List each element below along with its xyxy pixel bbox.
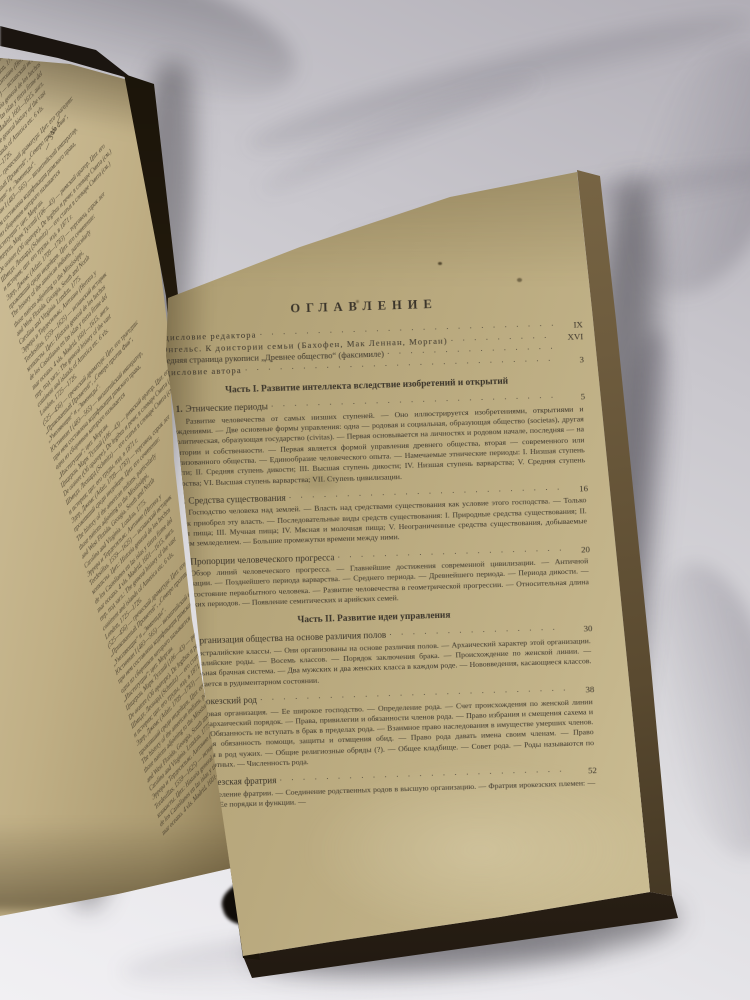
chapter-page-number: 20 <box>564 544 590 556</box>
paper-speck <box>438 262 442 265</box>
toc-title: ОГЛАВЛЕНИЕ <box>146 292 582 321</box>
paper-speck <box>517 278 522 282</box>
table-of-contents: ОГЛАВЛЕНИЕ Предисловие редактора· · · · … <box>146 292 598 812</box>
chapter-page-number: 5 <box>559 392 585 404</box>
entry-page-number: 3 <box>558 354 584 365</box>
page-shadow <box>150 150 620 280</box>
entry-page-number <box>558 350 584 351</box>
chapter-summary: Родовая организация. — Ее широкое господ… <box>171 697 595 772</box>
chapter-page-number: 52 <box>571 765 597 777</box>
chapter-page-number: 30 <box>566 623 592 635</box>
entry-page-number: IX <box>557 319 583 330</box>
toc-sections: Часть I. Развитие интеллекта вследствие … <box>149 375 598 813</box>
chapter-page-number: 38 <box>568 684 594 696</box>
chapter-summary: Развитие человечества от самых низших ст… <box>162 404 586 489</box>
chapter-page-number: 16 <box>562 483 588 495</box>
entry-page-number: XVI <box>557 331 583 342</box>
page-shadow <box>0 820 260 910</box>
front-matter-entries: Предисловие редактора· · · · · · · · · ·… <box>147 319 584 379</box>
photo-open-book-on-bed: — 346 — Цицерон, Марк Туллий (106—43) — … <box>0 0 750 1000</box>
